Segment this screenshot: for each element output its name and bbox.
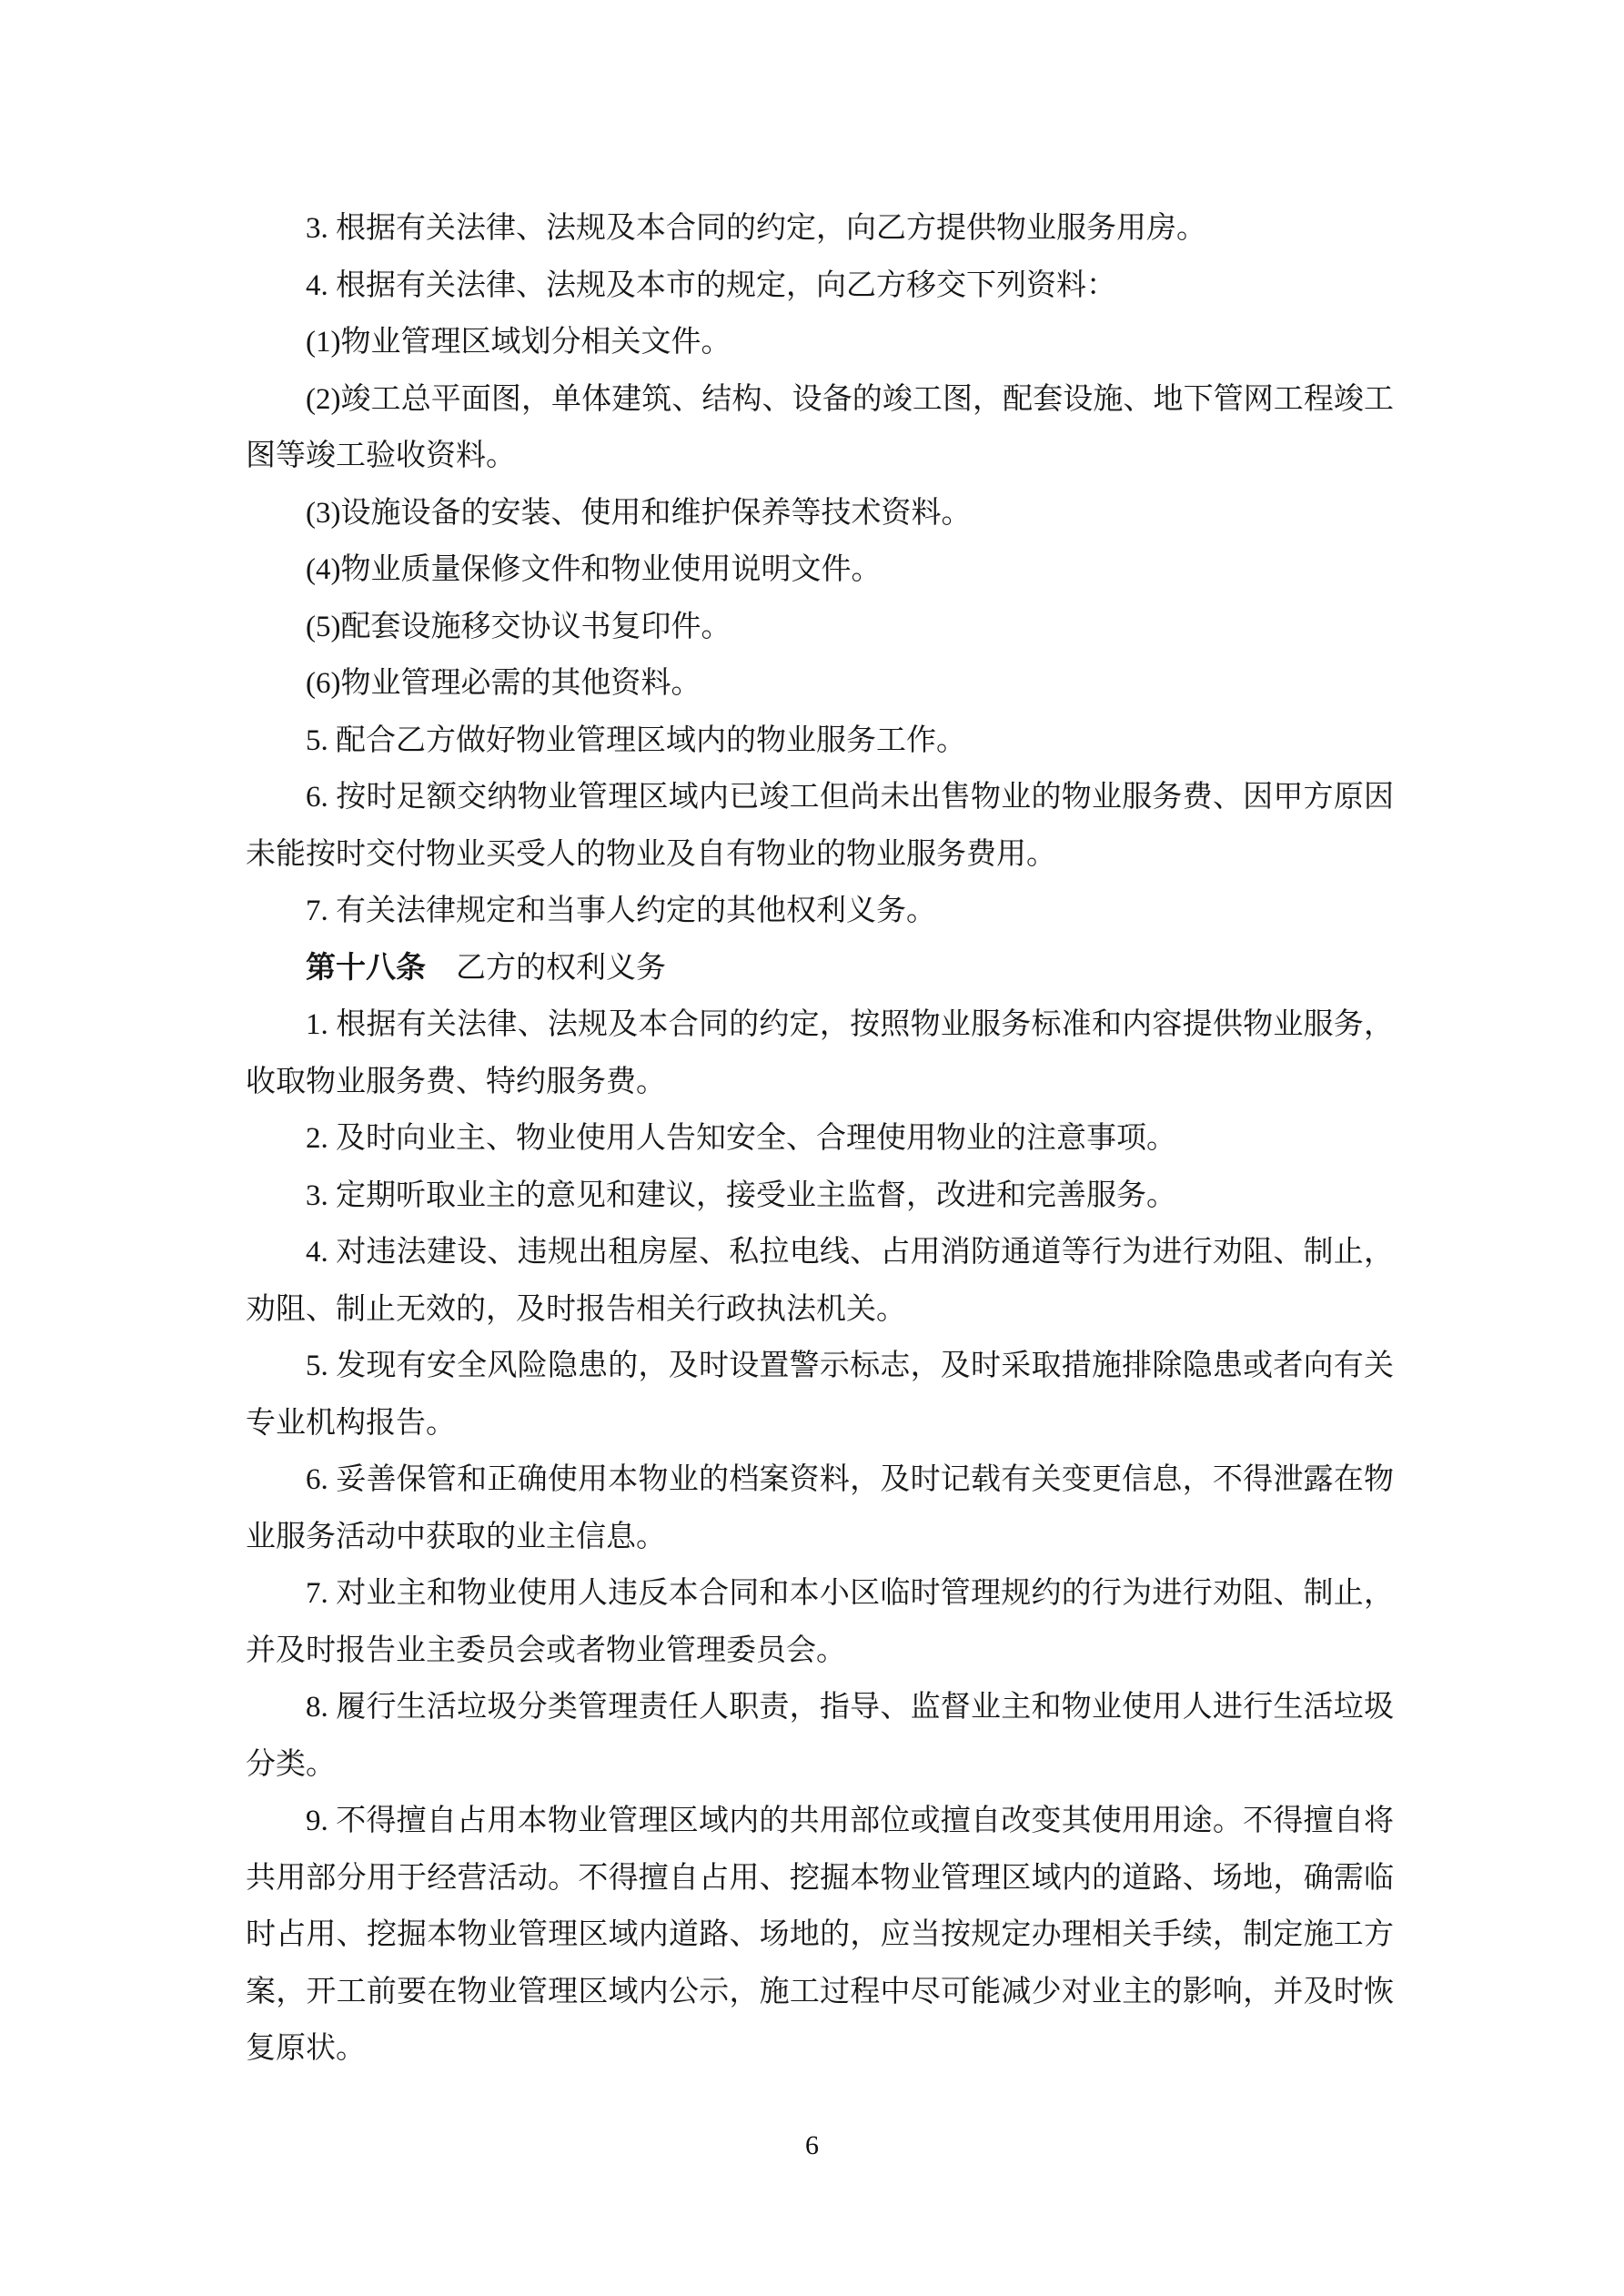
paragraph: 9. 不得擅自占用本物业管理区域内的共用部位或擅自改变其使用用途。不得擅自将共用… [246,1793,1394,2078]
paragraph: 4. 根据有关法律、法规及本市的规定，向乙方移交下列资料： [246,258,1394,315]
paragraph: 3. 定期听取业主的意见和建议，接受业主监督，改进和完善服务。 [246,1168,1394,1225]
paragraph: 1. 根据有关法律、法规及本合同的约定，按照物业服务标准和内容提供物业服务，收取… [246,996,1394,1110]
paragraph: (3)设施设备的安装、使用和维护保养等技术资料。 [246,485,1394,542]
paragraph: 5. 发现有安全风险隐患的，及时设置警示标志，及时采取措施排除隐患或者向有关专业… [246,1338,1394,1451]
paragraph: (4)物业质量保修文件和物业使用说明文件。 [246,541,1394,599]
paragraph: (5)配套设施移交协议书复印件。 [246,599,1394,656]
clause-title: 乙方的权利义务 [456,952,666,985]
paragraph: 4. 对违法建设、违规出租房屋、私拉电线、占用消防通道等行为进行劝阻、制止，劝阻… [246,1224,1394,1338]
paragraph: 6. 妥善保管和正确使用本物业的档案资料，及时记载有关变更信息，不得泄露在物业服… [246,1451,1394,1565]
document-page: { "page": { "background_color": "#ffffff… [0,0,1624,2296]
paragraph: 2. 及时向业主、物业使用人告知安全、合理使用物业的注意事项。 [246,1110,1394,1168]
paragraph: 5. 配合乙方做好物业管理区域内的物业服务工作。 [246,713,1394,770]
paragraph: 3. 根据有关法律、法规及本合同的约定，向乙方提供物业服务用房。 [246,200,1394,258]
paragraph: 6. 按时足额交纳物业管理区域内已竣工但尚未出售物业的物业服务费、因甲方原因未能… [246,769,1394,883]
paragraph: 8. 履行生活垃圾分类管理责任人职责，指导、监督业主和物业使用人进行生活垃圾分类… [246,1679,1394,1793]
paragraph: (2)竣工总平面图，单体建筑、结构、设备的竣工图，配套设施、地下管网工程竣工图等… [246,371,1394,485]
paragraph: 7. 有关法律规定和当事人约定的其他权利义务。 [246,883,1394,940]
paragraph: (1)物业管理区域划分相关文件。 [246,314,1394,371]
page-number: 6 [0,2128,1624,2164]
clause-number: 第十八条 [306,952,426,985]
document-body: 3. 根据有关法律、法规及本合同的约定，向乙方提供物业服务用房。4. 根据有关法… [246,200,1394,2078]
clause-heading: 第十八条乙方的权利义务 [246,940,1394,997]
paragraph: 7. 对业主和物业使用人违反本合同和本小区临时管理规约的行为进行劝阻、制止，并及… [246,1565,1394,1679]
paragraph: (6)物业管理必需的其他资料。 [246,655,1394,713]
